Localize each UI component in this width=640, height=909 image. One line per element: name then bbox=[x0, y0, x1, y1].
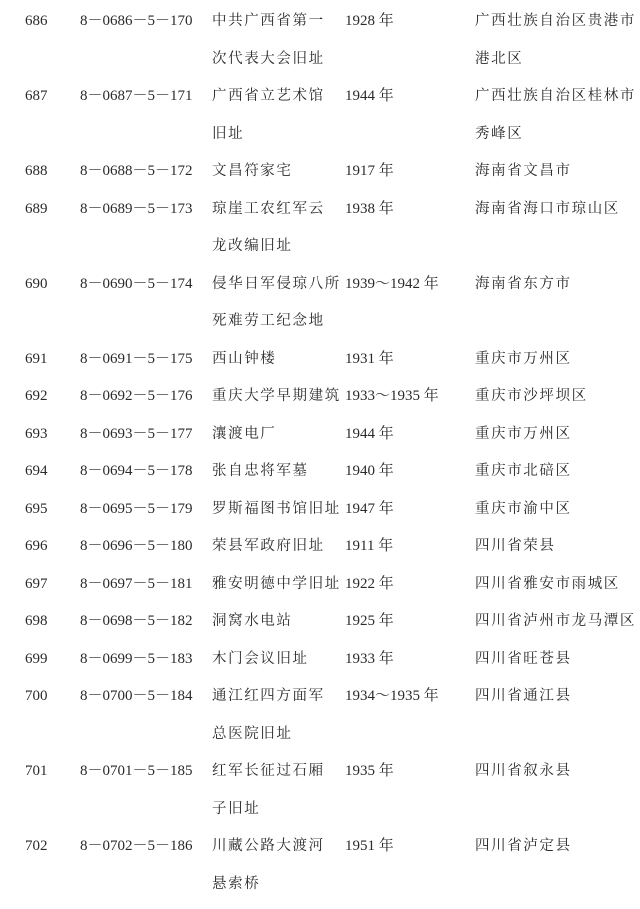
site-year: 1947 年 bbox=[345, 491, 475, 529]
site-name: 重庆大学早期建筑 bbox=[212, 378, 345, 416]
table-row: 695 8－0695－5－179 罗斯福图书馆旧址 1947 年 重庆市渝中区 bbox=[0, 491, 640, 529]
site-location: 海南省文昌市 bbox=[475, 153, 640, 191]
site-code: 8－0693－5－177 bbox=[80, 416, 212, 454]
table-row: 701 8－0701－5－185 红军长征过石厢子旧址 1935 年 四川省叙永… bbox=[0, 753, 640, 828]
table-row: 689 8－0689－5－173 琼崖工农红军云龙改编旧址 1938 年 海南省… bbox=[0, 191, 640, 266]
site-name: 侵华日军侵琼八所死难劳工纪念地 bbox=[212, 266, 345, 341]
site-name: 琼崖工农红军云龙改编旧址 bbox=[212, 191, 345, 266]
site-name: 雅安明德中学旧址 bbox=[212, 566, 345, 604]
row-number: 698 bbox=[0, 603, 80, 641]
row-number: 695 bbox=[0, 491, 80, 529]
table-row: 697 8－0697－5－181 雅安明德中学旧址 1922 年 四川省雅安市雨… bbox=[0, 566, 640, 604]
site-code: 8－0691－5－175 bbox=[80, 341, 212, 379]
site-code: 8－0696－5－180 bbox=[80, 528, 212, 566]
row-number: 701 bbox=[0, 753, 80, 791]
site-name: 木门会议旧址 bbox=[212, 641, 345, 679]
table-row: 686 8－0686－5－170 中共广西省第一次代表大会旧址 1928 年 广… bbox=[0, 3, 640, 78]
site-code: 8－0701－5－185 bbox=[80, 753, 212, 791]
site-location: 海南省海口市琼山区 bbox=[475, 191, 640, 229]
site-name: 文昌符家宅 bbox=[212, 153, 345, 191]
table-row: 693 8－0693－5－177 瀼渡电厂 1944 年 重庆市万州区 bbox=[0, 416, 640, 454]
site-name: 中共广西省第一次代表大会旧址 bbox=[212, 3, 345, 78]
site-location: 重庆市北碚区 bbox=[475, 453, 640, 491]
site-location: 四川省泸定县 bbox=[475, 828, 640, 866]
site-code: 8－0690－5－174 bbox=[80, 266, 212, 304]
site-code: 8－0702－5－186 bbox=[80, 828, 212, 866]
row-number: 691 bbox=[0, 341, 80, 379]
site-code: 8－0700－5－184 bbox=[80, 678, 212, 716]
site-year: 1940 年 bbox=[345, 453, 475, 491]
row-number: 686 bbox=[0, 3, 80, 41]
row-number: 692 bbox=[0, 378, 80, 416]
site-location: 重庆市万州区 bbox=[475, 341, 640, 379]
site-year: 1934～1935 年 bbox=[345, 678, 475, 716]
site-name: 红军长征过石厢子旧址 bbox=[212, 753, 345, 828]
site-location: 四川省通江县 bbox=[475, 678, 640, 716]
table-row: 688 8－0688－5－172 文昌符家宅 1917 年 海南省文昌市 bbox=[0, 153, 640, 191]
row-number: 697 bbox=[0, 566, 80, 604]
site-name: 洞窝水电站 bbox=[212, 603, 345, 641]
table-row: 690 8－0690－5－174 侵华日军侵琼八所死难劳工纪念地 1939～19… bbox=[0, 266, 640, 341]
row-number: 694 bbox=[0, 453, 80, 491]
site-location: 四川省旺苍县 bbox=[475, 641, 640, 679]
table-row: 702 8－0702－5－186 川藏公路大渡河悬索桥 1951 年 四川省泸定… bbox=[0, 828, 640, 903]
row-number: 689 bbox=[0, 191, 80, 229]
table-row: 699 8－0699－5－183 木门会议旧址 1933 年 四川省旺苍县 bbox=[0, 641, 640, 679]
row-number: 690 bbox=[0, 266, 80, 304]
site-year: 1935 年 bbox=[345, 753, 475, 791]
row-number: 687 bbox=[0, 78, 80, 116]
site-name: 荣县军政府旧址 bbox=[212, 528, 345, 566]
site-code: 8－0686－5－170 bbox=[80, 3, 212, 41]
site-year: 1938 年 bbox=[345, 191, 475, 229]
site-code: 8－0694－5－178 bbox=[80, 453, 212, 491]
site-year: 1928 年 bbox=[345, 3, 475, 41]
site-code: 8－0689－5－173 bbox=[80, 191, 212, 229]
site-name: 瀼渡电厂 bbox=[212, 416, 345, 454]
site-code: 8－0692－5－176 bbox=[80, 378, 212, 416]
site-name: 广西省立艺术馆旧址 bbox=[212, 78, 345, 153]
row-number: 693 bbox=[0, 416, 80, 454]
site-location: 四川省叙永县 bbox=[475, 753, 640, 791]
site-location: 重庆市渝中区 bbox=[475, 491, 640, 529]
site-name: 西山钟楼 bbox=[212, 341, 345, 379]
site-name: 川藏公路大渡河悬索桥 bbox=[212, 828, 345, 903]
site-year: 1922 年 bbox=[345, 566, 475, 604]
site-year: 1933～1935 年 bbox=[345, 378, 475, 416]
heritage-site-table: 686 8－0686－5－170 中共广西省第一次代表大会旧址 1928 年 广… bbox=[0, 3, 640, 903]
site-location: 广西壮族自治区贵港市港北区 bbox=[475, 3, 640, 78]
site-location: 四川省雅安市雨城区 bbox=[475, 566, 640, 604]
site-location: 重庆市万州区 bbox=[475, 416, 640, 454]
row-number: 688 bbox=[0, 153, 80, 191]
site-year: 1951 年 bbox=[345, 828, 475, 866]
table-row: 700 8－0700－5－184 通江红四方面军总医院旧址 1934～1935 … bbox=[0, 678, 640, 753]
table-row: 691 8－0691－5－175 西山钟楼 1931 年 重庆市万州区 bbox=[0, 341, 640, 379]
site-code: 8－0698－5－182 bbox=[80, 603, 212, 641]
table-row: 692 8－0692－5－176 重庆大学早期建筑 1933～1935 年 重庆… bbox=[0, 378, 640, 416]
row-number: 699 bbox=[0, 641, 80, 679]
site-code: 8－0695－5－179 bbox=[80, 491, 212, 529]
site-year: 1944 年 bbox=[345, 416, 475, 454]
table-row: 696 8－0696－5－180 荣县军政府旧址 1911 年 四川省荣县 bbox=[0, 528, 640, 566]
site-name: 通江红四方面军总医院旧址 bbox=[212, 678, 345, 753]
site-year: 1911 年 bbox=[345, 528, 475, 566]
site-name: 张自忠将军墓 bbox=[212, 453, 345, 491]
site-code: 8－0697－5－181 bbox=[80, 566, 212, 604]
site-location: 广西壮族自治区桂林市秀峰区 bbox=[475, 78, 640, 153]
site-location: 重庆市沙坪坝区 bbox=[475, 378, 640, 416]
site-name: 罗斯福图书馆旧址 bbox=[212, 491, 345, 529]
row-number: 696 bbox=[0, 528, 80, 566]
site-year: 1939～1942 年 bbox=[345, 266, 475, 304]
table-row: 698 8－0698－5－182 洞窝水电站 1925 年 四川省泸州市龙马潭区 bbox=[0, 603, 640, 641]
row-number: 702 bbox=[0, 828, 80, 866]
site-code: 8－0688－5－172 bbox=[80, 153, 212, 191]
site-year: 1925 年 bbox=[345, 603, 475, 641]
site-location: 四川省荣县 bbox=[475, 528, 640, 566]
site-location: 海南省东方市 bbox=[475, 266, 640, 304]
row-number: 700 bbox=[0, 678, 80, 716]
site-code: 8－0687－5－171 bbox=[80, 78, 212, 116]
table-row: 687 8－0687－5－171 广西省立艺术馆旧址 1944 年 广西壮族自治… bbox=[0, 78, 640, 153]
site-year: 1944 年 bbox=[345, 78, 475, 116]
site-year: 1917 年 bbox=[345, 153, 475, 191]
site-code: 8－0699－5－183 bbox=[80, 641, 212, 679]
table-row: 694 8－0694－5－178 张自忠将军墓 1940 年 重庆市北碚区 bbox=[0, 453, 640, 491]
site-location: 四川省泸州市龙马潭区 bbox=[475, 603, 640, 641]
site-year: 1931 年 bbox=[345, 341, 475, 379]
site-year: 1933 年 bbox=[345, 641, 475, 679]
